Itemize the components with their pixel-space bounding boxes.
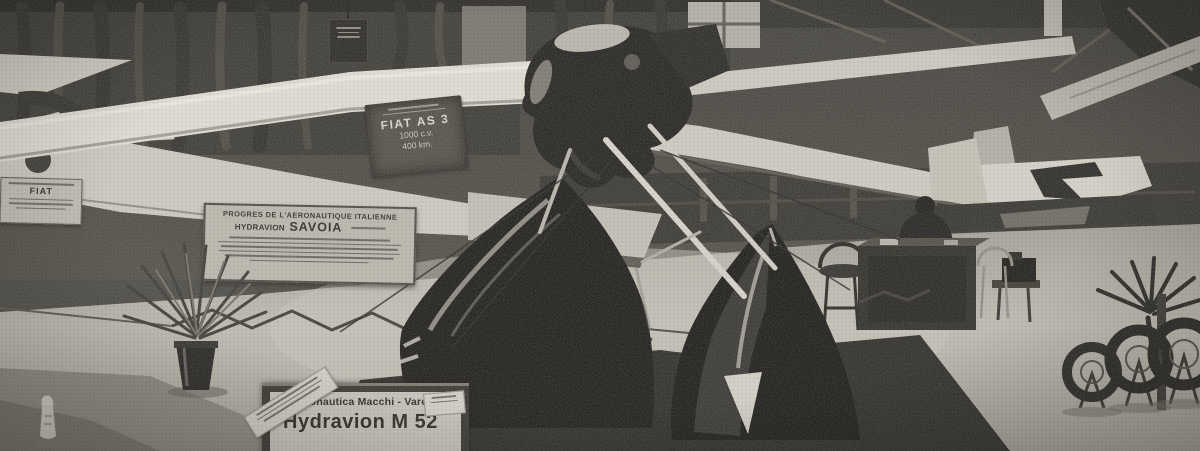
illegible-text-line xyxy=(16,207,66,210)
illegible-text-line xyxy=(250,259,368,263)
savoia-title-prefix: HYDRAVION xyxy=(235,222,285,232)
illegible-text-line xyxy=(338,32,360,34)
macchi-model-prefix: Hydravion xyxy=(283,411,385,433)
fiat-brand-text: FIAT xyxy=(5,186,77,197)
illegible-text-line xyxy=(229,236,389,241)
illegible-text-line xyxy=(351,227,385,230)
photo-scene xyxy=(0,0,1200,451)
savoia-sign-title: HYDRAVION SAVOIA xyxy=(214,218,405,237)
engine-placard: FIAT AS 3 1000 c.v. 400 km. xyxy=(364,95,468,178)
illegible-text-line xyxy=(336,27,361,29)
small-white-placard xyxy=(423,390,466,416)
illegible-text-line xyxy=(221,245,399,250)
illegible-text-line xyxy=(225,254,393,259)
exhibitor-desk xyxy=(858,238,990,330)
savoia-title-bold: SAVOIA xyxy=(289,220,342,235)
exhibition-photograph: FIAT FIAT AS 3 1000 c.v. 400 km. PROGRES… xyxy=(0,0,1200,451)
illegible-text-line xyxy=(9,198,72,201)
illegible-text-line xyxy=(337,36,360,38)
illegible-text-line xyxy=(431,399,458,403)
illegible-text-line xyxy=(431,395,456,399)
fiat-placard: FIAT xyxy=(0,177,83,225)
illegible-text-line xyxy=(8,182,74,185)
hanging-sign xyxy=(329,19,368,63)
savoia-stand-sign: PROGRES DE L'AERONAUTIQUE ITALIENNE HYDR… xyxy=(202,203,417,285)
illegible-text-line xyxy=(9,202,74,205)
